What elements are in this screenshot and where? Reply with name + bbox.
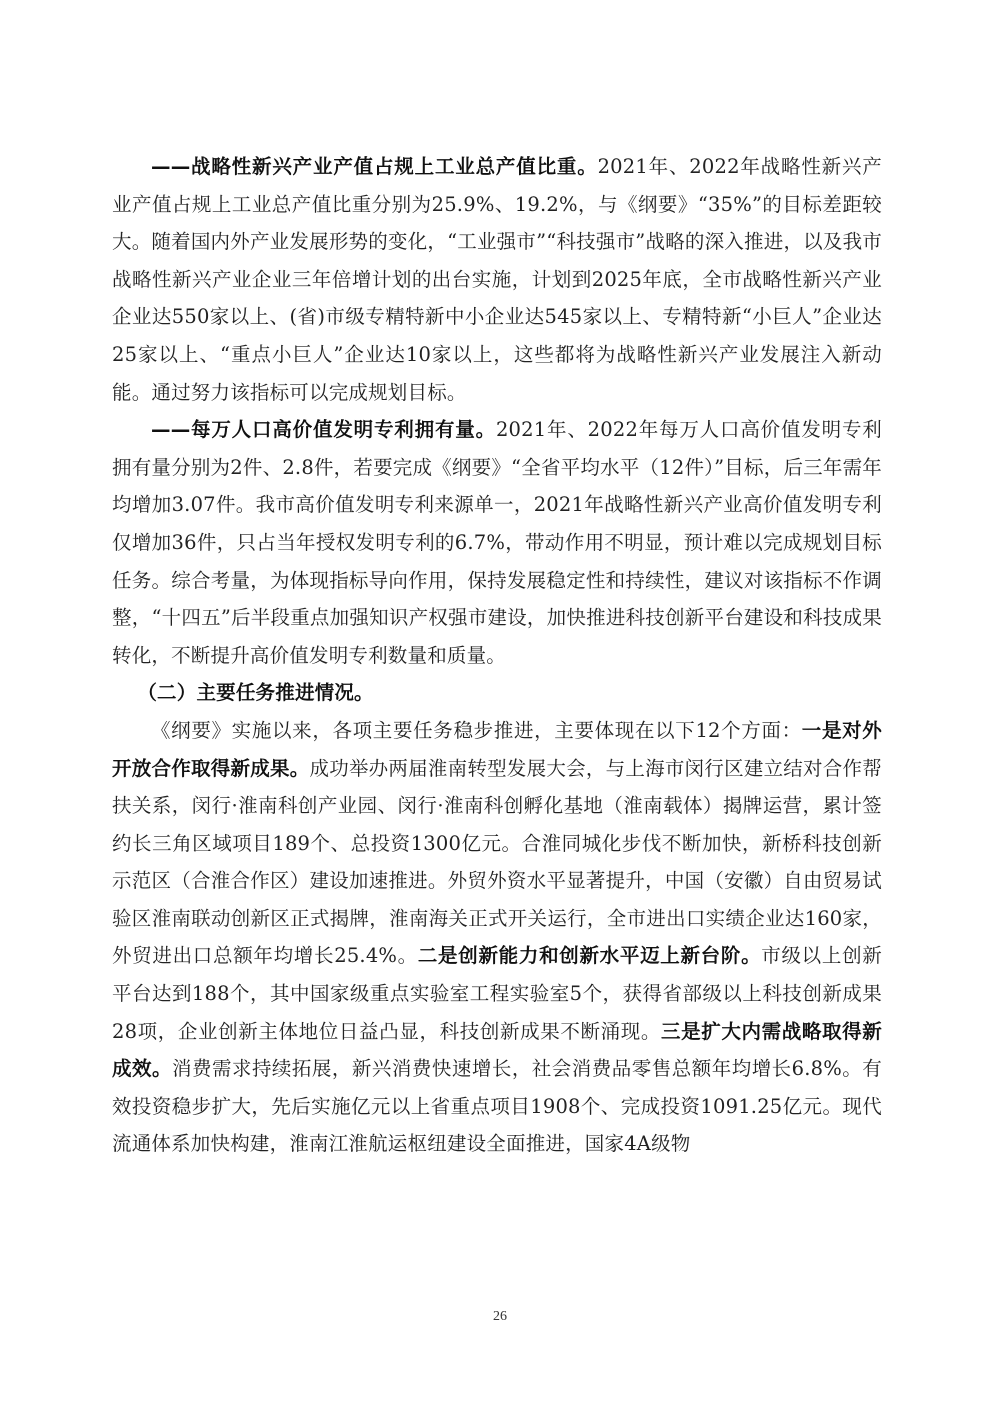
paragraph-text: 2021年、2022年战略性新兴产业产值占规上工业总产值比重分别为25.9%、1… [112,155,882,404]
tasks-intro: 《纲要》实施以来，各项主要任务稳步推进，主要体现在以下12个方面： [151,719,802,742]
bold-heading: ——战略性新兴产业产值占规上工业总产值比重。 [151,155,598,178]
task-3-text: 消费需求持续拓展，新兴消费快速增长，社会消费品零售总额年均增长6.8%。有效投资… [112,1057,882,1155]
page-number: 26 [0,1309,1000,1325]
paragraph-main-tasks: 《纲要》实施以来，各项主要任务稳步推进，主要体现在以下12个方面：一是对外开放合… [112,712,882,1163]
document-page: ——战略性新兴产业产值占规上工业总产值比重。2021年、2022年战略性新兴产业… [112,148,882,1163]
paragraph-patents: ——每万人口高价值发明专利拥有量。2021年、2022年每万人口高价值发明专利拥… [112,411,882,674]
task-1-text: 成功举办两届淮南转型发展大会，与上海市闵行区建立结对合作帮扶关系，闵行·淮南科创… [112,757,882,968]
bold-heading: ——每万人口高价值发明专利拥有量。 [151,418,496,441]
section-subheading: （二）主要任务推进情况。 [112,674,882,712]
paragraph-text: 2021年、2022年每万人口高价值发明专利拥有量分别为2件、2.8件，若要完成… [112,418,882,667]
task-2-heading: 二是创新能力和创新水平迈上新台阶。 [418,944,761,967]
paragraph-strategic-industry: ——战略性新兴产业产值占规上工业总产值比重。2021年、2022年战略性新兴产业… [112,148,882,411]
